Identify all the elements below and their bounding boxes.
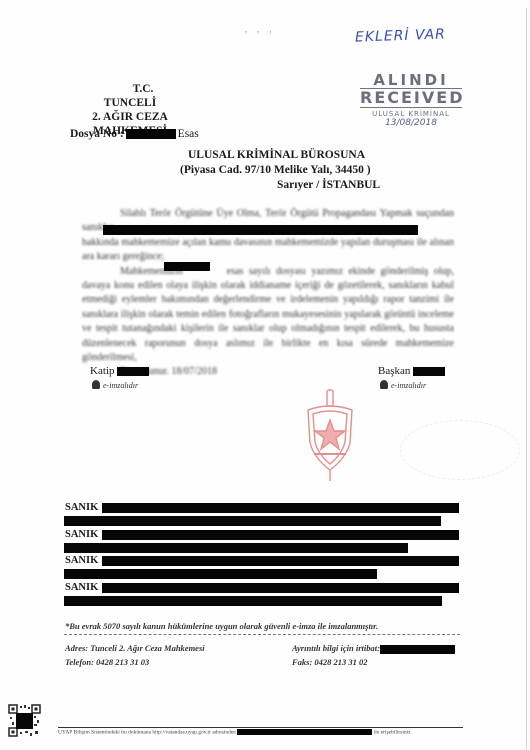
scanned-document-page: ' ' ' EKLERİ VAR T.C. TUNCELİ 2. AĞIR CE…	[0, 0, 530, 750]
defendant-label: SANIK	[65, 582, 98, 593]
contact-label: Ayrıntılı bilgi için irtibat:	[292, 643, 380, 653]
recipient-city: Sarıyer / İSTANBUL	[180, 178, 380, 193]
redaction-bar	[64, 596, 442, 606]
footer-contact-block: Ayrıntılı bilgi için irtibat: Faks: 0428…	[292, 641, 455, 669]
esig-text: e-imzalıdır	[391, 381, 426, 390]
uyap-text-start: UYAP Bilişim Sistemindeki bu dokümana ht…	[58, 729, 236, 735]
body-paragraph-2: Mahkememizinesas sayılı dosyası yazımız …	[82, 265, 454, 366]
redaction-bar	[103, 225, 418, 235]
redaction-bar	[102, 583, 459, 593]
footer-divider	[64, 634, 460, 635]
file-number: Dosya No :Esas	[70, 128, 199, 140]
stamp-line-org: ULUSAL KRİMİNAL	[360, 110, 462, 118]
redaction-bar	[102, 503, 459, 513]
file-number-label: Dosya No :	[70, 128, 124, 140]
body-text-segment: esas sayılı dosyası yazımız ekinde gönde…	[82, 266, 454, 363]
stamp-line-alindi: ALINDI	[360, 72, 462, 89]
header-tc: T.C.	[70, 82, 190, 96]
clerk-signature: Katip	[90, 365, 149, 377]
redaction-bar	[64, 543, 408, 553]
judge-signature: Başkan	[378, 365, 445, 377]
received-stamp: ALINDI RECEIVED ULUSAL KRİMİNAL 13/08/20…	[360, 72, 462, 128]
redaction-bar	[126, 129, 176, 139]
redaction-bar	[102, 556, 459, 566]
body-paragraph-1: Silahlı Terör Örgütüne Üye Olma, Terör Ö…	[82, 207, 454, 265]
emblem-stamp-icon	[300, 388, 360, 483]
footer-contact: Ayrıntılı bilgi için irtibat:	[292, 641, 455, 655]
stamp-date: 13/08/2018	[360, 118, 462, 128]
uyap-divider	[58, 727, 463, 728]
recipient-name: ULUSAL KRİMİNAL BÜROSUNA	[180, 148, 380, 163]
esig-text: e-imzalıdır	[103, 381, 138, 390]
file-number-suffix: Esas	[178, 128, 199, 140]
esignature-footnote: *Bu evrak 5070 sayılı kanun hükümlerine …	[65, 621, 378, 631]
judge-esignature: e-imzalıdır	[380, 380, 426, 390]
recipient-block: ULUSAL KRİMİNAL BÜROSUNA (Piyasa Cad. 97…	[180, 148, 380, 193]
seal-icon	[380, 380, 388, 389]
stamp-line-received: RECEIVED	[360, 89, 462, 108]
pen-marks: ' ' '	[245, 30, 275, 41]
redaction-bar	[380, 645, 455, 654]
body-text-segment: hakkında mahkememize açılan kamu davasın…	[82, 237, 454, 262]
footer-fax: Faks: 0428 213 31 02	[292, 655, 455, 669]
uyap-verification-text: UYAP Bilişim Sistemindeki bu dokümana ht…	[58, 729, 412, 735]
judge-label: Başkan	[378, 365, 410, 377]
footer-address-block: Adres: Tunceli 2. Ağır Ceza Mahkemesi Te…	[65, 641, 205, 669]
redaction-bar	[64, 516, 441, 526]
seal-icon	[92, 380, 100, 389]
redaction-bar	[237, 729, 372, 735]
uyap-text-end: ile erişebilirsiniz.	[374, 729, 412, 735]
header-city: TUNCELİ	[70, 96, 190, 110]
faint-stamp	[400, 420, 520, 480]
redaction-bar	[64, 569, 377, 579]
defendant-label: SANIK	[65, 529, 98, 540]
clerk-label: Katip	[90, 365, 114, 377]
defendant-label: SANIK	[65, 555, 98, 566]
redaction-bar	[413, 367, 445, 376]
defendant-label: SANIK	[65, 502, 98, 513]
redaction-bar	[102, 530, 459, 540]
footer-address: Adres: Tunceli 2. Ağır Ceza Mahkemesi	[65, 641, 205, 655]
recipient-address: (Piyasa Cad. 97/10 Melike Yalı, 34450 )	[180, 163, 380, 178]
footer-phone: Telefon: 0428 213 31 03	[65, 655, 205, 669]
clerk-esignature: e-imzalıdır	[92, 380, 138, 390]
page-edge	[526, 8, 527, 750]
qr-code-icon	[8, 704, 41, 737]
handwritten-note: EKLERİ VAR	[355, 26, 446, 45]
redaction-bar	[117, 367, 149, 376]
redaction-bar	[164, 262, 210, 271]
